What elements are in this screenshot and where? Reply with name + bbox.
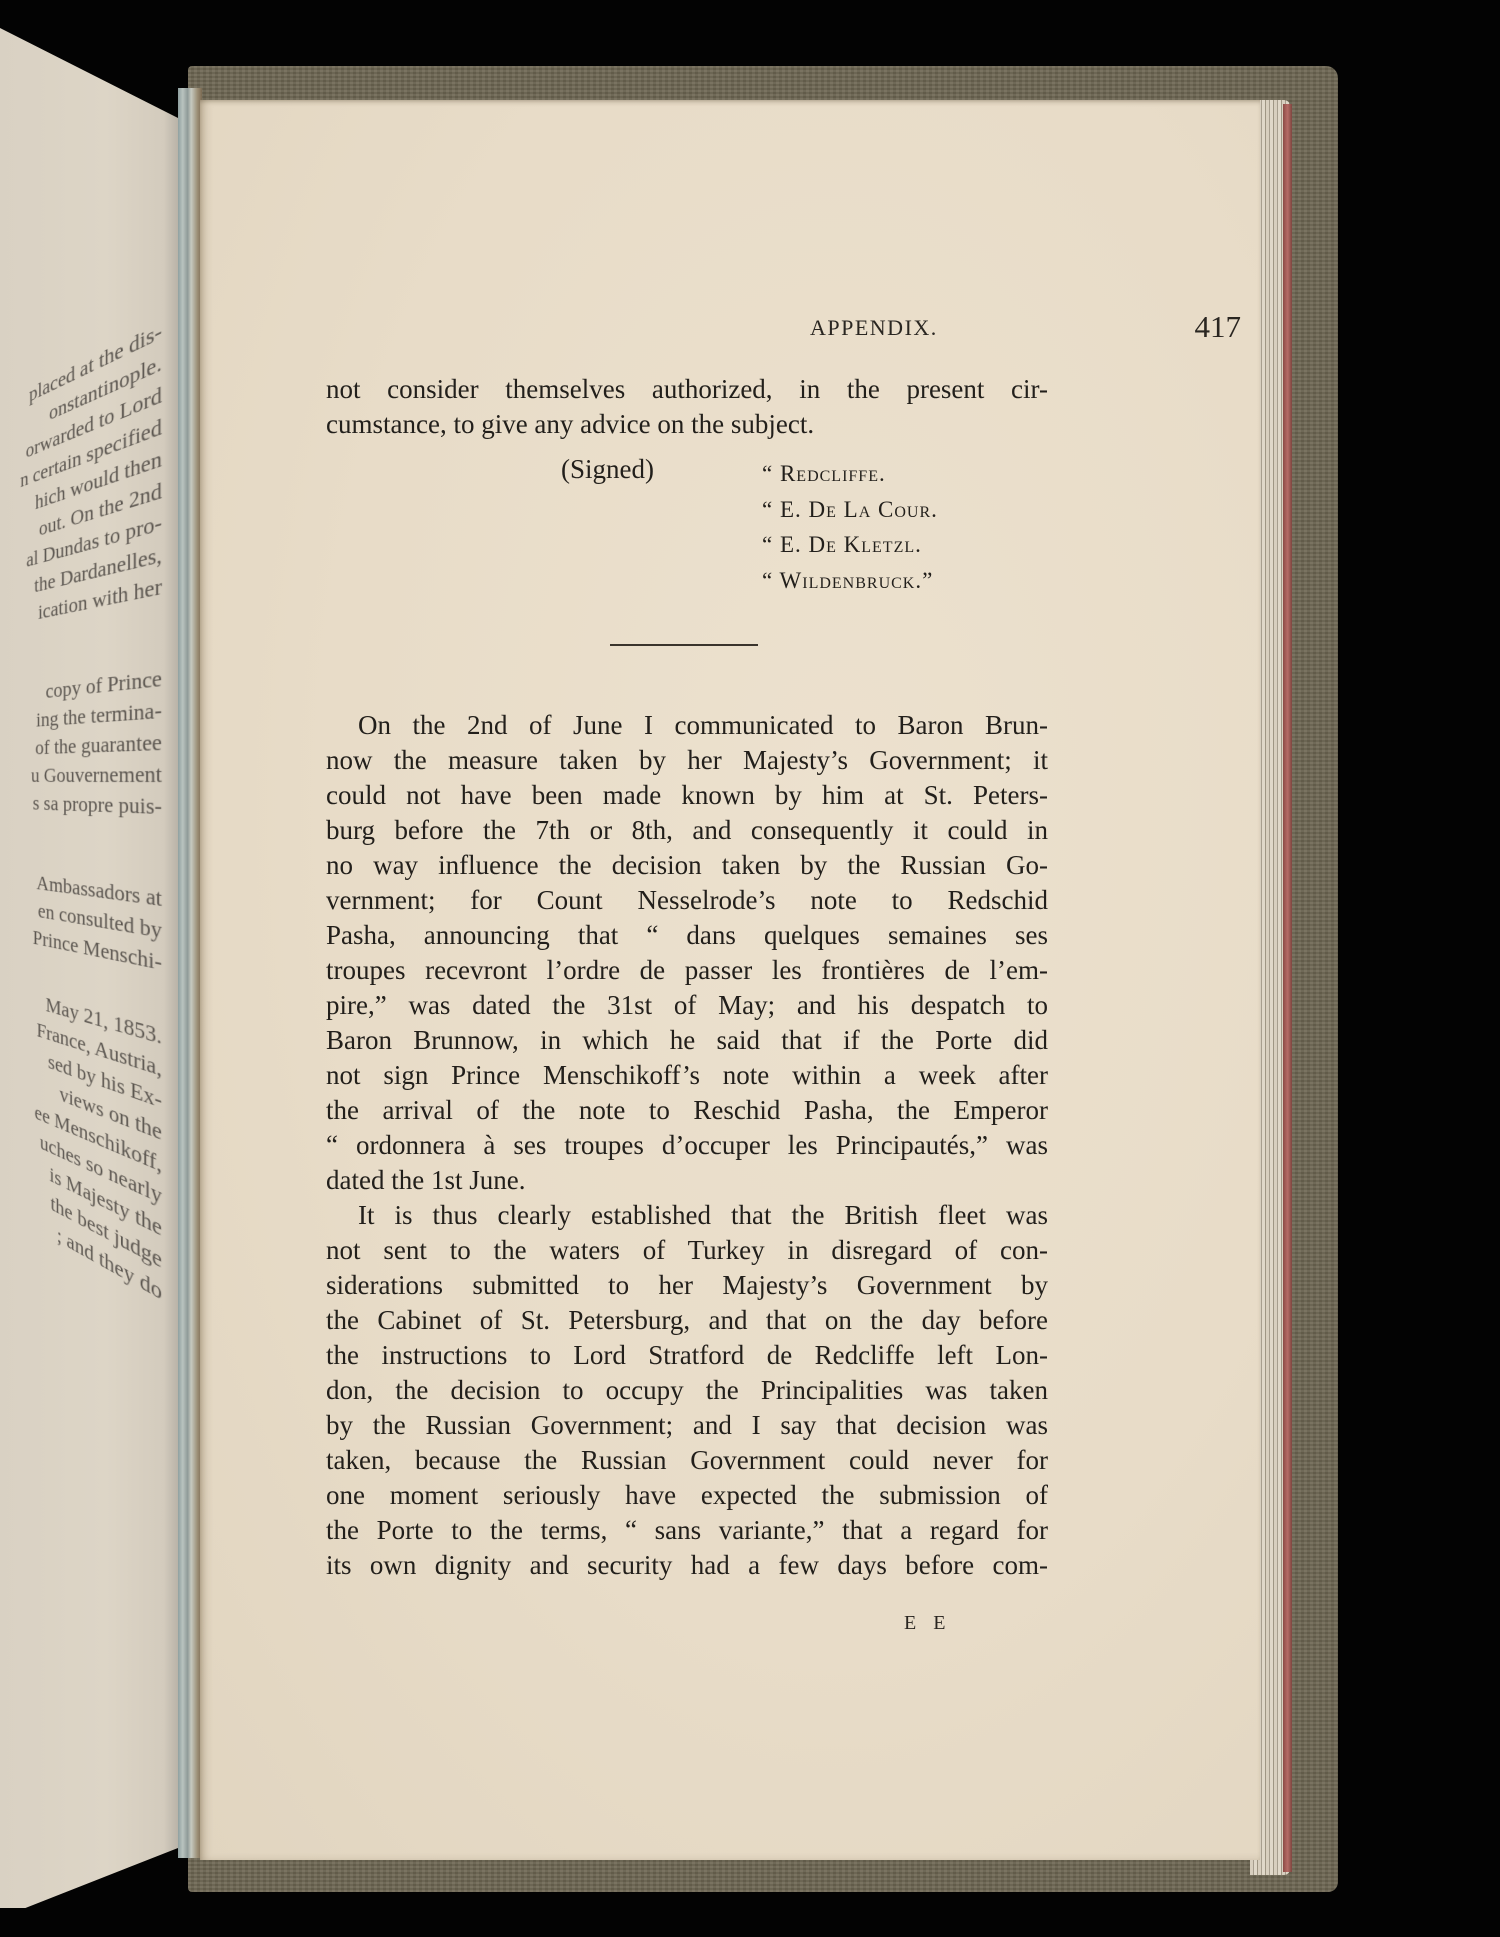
text-line: Baron Brunnow, in which he said that if …	[326, 1023, 1048, 1058]
text-line: cumstance, to give any advice on the sub…	[326, 407, 1048, 442]
text-line: no way influence the decision taken by t…	[326, 848, 1048, 883]
printer-signature-mark: E E	[904, 1612, 951, 1635]
left-page-line: u Gouvernement	[0, 762, 162, 794]
text-line: the arrival of the note to Reschid Pasha…	[326, 1093, 1048, 1128]
signatory: “ E. De La Cour.	[762, 492, 938, 528]
text-line: the Cabinet of St. Petersburg, and that …	[326, 1303, 1048, 1338]
text-line: its own dignity and security had a few d…	[326, 1548, 1048, 1583]
signature-block: (Signed) “ Redcliffe. “ E. De La Cour. “…	[326, 454, 1048, 599]
text-line: vernment; for Count Nesselrode’s note to…	[326, 883, 1048, 918]
text-line: don, the decision to occupy the Principa…	[326, 1373, 1048, 1408]
text-line: now the measure taken by her Majesty’s G…	[326, 743, 1048, 778]
red-sprinkled-edge	[1283, 104, 1292, 1872]
text-line: On the 2nd of June I communicated to Bar…	[326, 708, 1048, 743]
text-line: could not have been made known by him at…	[326, 778, 1048, 813]
text-line: the Porte to the terms, “ sans variante,…	[326, 1513, 1048, 1548]
signatory: “ E. De Kletzl.	[762, 527, 938, 563]
text-line: Pasha, announcing that “ dans quelques s…	[326, 918, 1048, 953]
text-line: taken, because the Russian Government co…	[326, 1443, 1048, 1478]
text-line: It is thus clearly established that the …	[326, 1198, 1048, 1233]
text-line: siderations submitted to her Majesty’s G…	[326, 1268, 1048, 1303]
text-line: not consider themselves authorized, in t…	[326, 372, 1048, 407]
left-page-text: placed at the dis- onstantinople. orward…	[0, 318, 162, 1312]
signatories-list: “ Redcliffe. “ E. De La Cour. “ E. De Kl…	[762, 456, 938, 598]
text-line: not sent to the waters of Turkey in disr…	[326, 1233, 1048, 1268]
text-line: dated the 1st June.	[326, 1163, 1048, 1198]
book-gutter	[178, 88, 202, 1858]
paragraph-2: It is thus clearly established that the …	[326, 1198, 1048, 1583]
text-line: not sign Prince Menschikoff’s note withi…	[326, 1058, 1048, 1093]
text-line: burg before the 7th or 8th, and conseque…	[326, 813, 1048, 848]
text-line: one moment seriously have expected the s…	[326, 1478, 1048, 1513]
signed-label: (Signed)	[561, 454, 654, 485]
book-page-417: APPENDIX. 417 not consider themselves au…	[200, 100, 1260, 1860]
signatory: “ Wildenbruck.”	[762, 563, 938, 599]
section-divider-rule	[610, 644, 758, 646]
running-head: APPENDIX. 417	[320, 315, 1245, 355]
text-line: troupes recevront l’ordre de passer les …	[326, 953, 1048, 988]
signatory: “ Redcliffe.	[762, 456, 938, 492]
text-line: by the Russian Government; and I say tha…	[326, 1408, 1048, 1443]
text-line: pire,” was dated the 31st of May; and hi…	[326, 988, 1048, 1023]
page-body: not consider themselves authorized, in t…	[326, 372, 1048, 1583]
paragraph-1: On the 2nd of June I communicated to Bar…	[326, 708, 1048, 1198]
text-line: “ ordonnera à ses troupes d’occuper les …	[326, 1128, 1048, 1163]
text-line: the instructions to Lord Stratford de Re…	[326, 1338, 1048, 1373]
page-number: 417	[1195, 309, 1242, 345]
running-head-title: APPENDIX.	[810, 315, 938, 341]
facing-left-page: placed at the dis- onstantinople. orward…	[0, 28, 178, 1908]
